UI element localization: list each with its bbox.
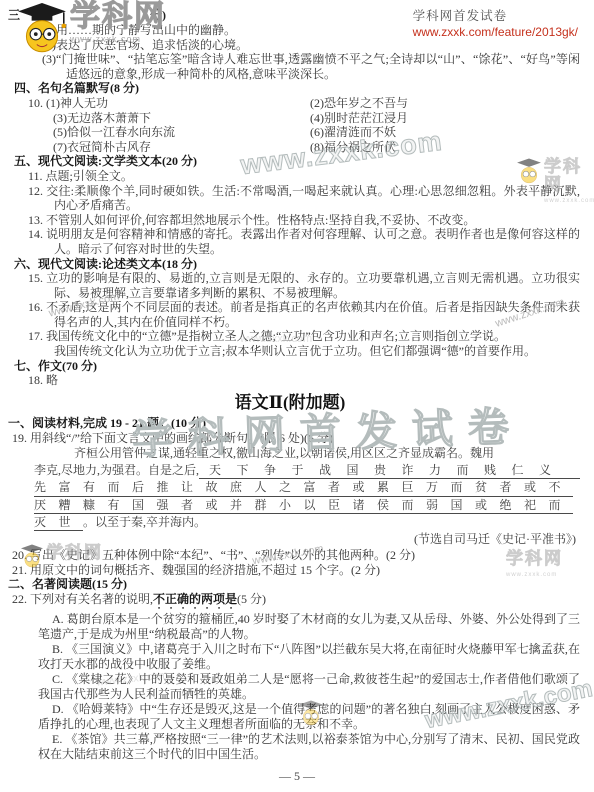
answer-10: 10. (1)神人无功 (2)恐年岁之不吾与 (3)无边落木萧萧下 (4)别时茫… [28,96,580,154]
blank-3: (3)无边落木萧萧下 [28,111,310,126]
answer-17: 17. 我国传统文化中的“立德”是指树立圣人之德;“立功”包含功业和声名;立言则… [28,329,580,344]
passage-line-2-underlined: 天下争于战国贵诈力而贱仁义 [199,462,580,479]
question-22-suffix: (5 分) [237,592,266,606]
option-a: A. 葛朗台原本是一个贫穷的箍桶匠,40 岁时娶了木材商的女儿为妻,又从岳母、外… [38,612,580,642]
passage-line-3-underlined: 先富有而后推让故庶人之富者或累巨万而贫者或不 [34,479,573,496]
answer-9-2: (2)表达了厌恶官场、追求恬淡的心境。 [42,38,580,53]
answer-10-row: (7)衣冠简朴古风存 (8)福兮祸之所伏 [28,140,580,155]
option-d: D. 《哈姆莱特》中“生存还是毁灭,这是一个值得考虑的问题”的著名独白,刻画了主… [38,702,580,732]
answer-9-1: (1)用……期的宁静写出山中的幽静。 [42,23,580,38]
passage-line-5: 灭世。以至于秦,卒并海内。 [34,514,580,531]
option-b: B. 《三国演义》中,诸葛亮于入川之时布下“八阵图”以拦截东吴大将,在南征时火烧… [38,642,580,672]
passage-line-2-normal: 李克,尽地力,为强君。自是之后, [34,462,199,479]
option-c: C. 《棠棣之花》中的聂嫈和聂政姐弟二人是“愿将一己命,救彼苍生起”的爱国志士,… [38,672,580,702]
answer-10-row: 10. (1)神人无功 (2)恐年岁之不吾与 [28,96,580,111]
question-20: 20. 写出《史记》五种体例中除“本纪”、“书”、“列传”以外的其他两种。(2 … [12,548,580,563]
answer-10-row: (5)恰似一江春水向东流 (6)濯清涟而不妖 [28,125,580,140]
answer-11: 11. 点题;引领全文。 [28,169,580,184]
passage-line-4: 厌糟糠有国强者或并群小以臣诸侯而弱国或绝祀而 [34,497,580,514]
part2-section2-heading: 二、名著阅读题(15 分) [8,577,580,592]
answer-10-row: (3)无边落木萧萧下 (4)别时茫茫江浸月 [28,111,580,126]
answer-16: 16. 不矛盾,这是两个不同层面的表述。前者是指真正的名声依赖其内在价值。后者是… [28,300,580,329]
blank-5: (5)恰似一江春水向东流 [28,125,310,140]
blank-2: (2)恐年岁之不吾与 [310,96,580,111]
passage-line-2: 李克,尽地力,为强君。自是之后,天下争于战国贵诈力而贱仁义 [34,462,580,479]
blank-7: (7)衣冠简朴古风存 [28,140,310,155]
answer-12: 12. 交往:柔顺像个羊,同时硬如铁。生活:不常喝酒,一喝起来就认真。心理:心思… [28,184,580,213]
answer-10-left-1: 10. (1)神人无功 [28,96,310,111]
section3-heading-suffix: 分) [150,8,166,23]
passage-line-1: 齐桓公用管仲之谋,通轻重之权,徼山海之业,以朝诸侯,用区区之齐显成霸名。魏用 [34,445,580,461]
blank-1: (1)神人无功 [46,96,108,110]
answer-15: 15. 立功的影响是有限的、易逝的,立言则是无限的、永存的。立功要靠机遇,立言则… [28,271,580,300]
section6-heading: 六、现代文阅读:论述类文本(18 分) [14,257,580,272]
section5-heading: 五、现代文阅读:文学类文本(20 分) [14,154,580,169]
answer-10-number: 10. [28,96,43,110]
answer-14: 14. 说明朋友是何容精神和情感的寄托。表露出作者对何容理解、认可之意。表明作者… [28,227,580,256]
question-19: 19. 用斜线“/”给下面文言文中的画线部分断句。(限 6 处)(6 分) [12,431,580,446]
blank-8: (8)福兮祸之所伏 [310,140,580,155]
section4-heading: 四、名句名篇默写(8 分) [14,81,580,96]
answer-18: 18. 略 [28,373,580,388]
question-22-prefix: 22. 下列对有关名著的说明, [12,592,153,606]
part2-title: 语文Ⅱ(附加题) [0,393,580,413]
passage-line-4-underlined: 厌糟糠有国强者或并群小以臣诸侯而弱国或绝祀而 [34,497,573,514]
section7-heading: 七、作文(70 分) [14,359,580,374]
section3-heading: 三 分) [0,8,580,23]
passage-line-5-normal: 。以至于秦,卒并海内。 [83,515,206,529]
passage-line-5-underlined: 灭世 [34,514,83,531]
passage-line-3: 先富有而后推让故庶人之富者或累巨万而贫者或不 [34,479,580,496]
question-21: 21. 用原文中的词句概括齐、魏强国的经济措施,不超过 15 个字。(2 分) [12,563,580,578]
option-e: E. 《茶馆》共三幕,严格按照“三一律”的艺术法则,以裕泰茶馆为中心,分别写了清… [38,732,580,762]
page-number: — 5 — [0,769,594,784]
section3-heading-prefix: 三 [8,8,20,22]
exam-answer-page: 学科网首发试卷 www.zxxk.com/feature/2013gk/ 三 分… [0,0,594,792]
classical-passage: 齐桓公用管仲之谋,通轻重之权,徼山海之业,以朝诸侯,用区区之齐显成霸名。魏用 李… [34,445,580,547]
part2: 语文Ⅱ(附加题) 一、阅读材料,完成 19 - 21 题。(10 分) 19. … [0,393,580,762]
page-content: 三 分) (1)用……期的宁静写出山中的幽静。 (2)表达了厌恶官场、追求恬淡的… [0,0,594,762]
blank-6: (6)濯清涟而不妖 [310,125,580,140]
part2-section1-heading: 一、阅读材料,完成 19 - 21 题。(10 分) [8,416,580,431]
question-22-emphasis: 不正确的两项是 [153,592,237,606]
answer-9-3: (3)“门掩世味”、“拈笔忘筌”暗含诗人难忘世事,透露幽愤不平之气;全诗却以“山… [42,52,580,81]
answer-13: 13. 不管别人如何评价,何容都坦然地展示个性。性格特点:坚持自我,不妥协、不改… [28,213,580,228]
answer-17-part2: 我国传统文化认为立功优于立言;叔本华则认立言优于立功。但它们都强调“德”的首要作… [28,344,580,359]
question-22-options: A. 葛朗台原本是一个贫穷的箍桶匠,40 岁时娶了木材商的女儿为妻,又从岳母、外… [0,612,580,762]
passage-source: (节选自司马迁《史记·平准书》) [34,531,580,547]
question-22: 22. 下列对有关名著的说明,不正确的两项是(5 分) [12,592,580,612]
blank-4: (4)别时茫茫江浸月 [310,111,580,126]
